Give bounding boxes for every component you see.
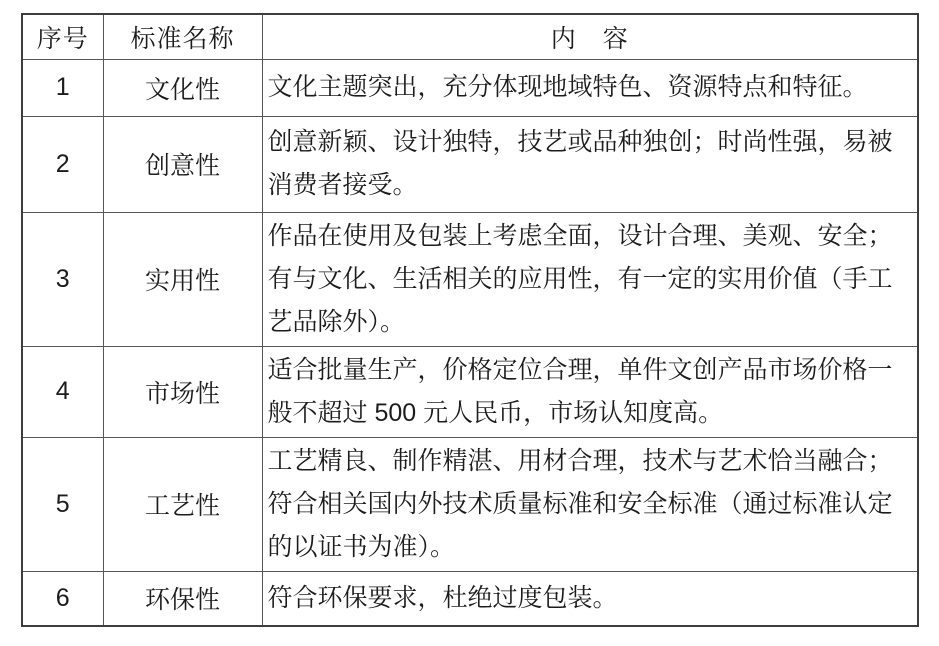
row-number-cell: 3 — [22, 212, 103, 346]
table-row: 1 文化性 文化主题突出，充分体现地域特色、资源特点和特征。 — [22, 59, 918, 116]
header-row: 序号 标准名称 内 容 — [22, 14, 918, 59]
column-header-criterion-name: 标准名称 — [103, 14, 262, 59]
table-row: 5 工艺性 工艺精良、制作精湛、用材合理，技术与艺术恰当融合；符合相关国内外技术… — [22, 437, 918, 571]
criteria-table: 序号 标准名称 内 容 1 文化性 文化主题突出，充分体现地域特色、资源特点和特… — [21, 13, 919, 627]
criterion-name-cell: 实用性 — [103, 212, 262, 346]
criterion-content-cell: 工艺精良、制作精湛、用材合理，技术与艺术恰当融合；符合相关国内外技术质量标准和安… — [262, 437, 918, 571]
criterion-name-cell: 创意性 — [103, 116, 262, 212]
column-header-number: 序号 — [22, 14, 103, 59]
document-page: 序号 标准名称 内 容 1 文化性 文化主题突出，充分体现地域特色、资源特点和特… — [0, 0, 939, 646]
criterion-name-cell: 工艺性 — [103, 437, 262, 571]
row-number-cell: 1 — [22, 59, 103, 116]
table-row: 4 市场性 适合批量生产，价格定位合理，单件文创产品市场价格一般不超过 500 … — [22, 346, 918, 437]
column-header-content: 内 容 — [262, 14, 918, 59]
table-row: 6 环保性 符合环保要求，杜绝过度包装。 — [22, 571, 918, 626]
criterion-name-cell: 市场性 — [103, 346, 262, 437]
table-row: 2 创意性 创意新颖、设计独特，技艺或品种独创；时尚性强，易被消费者接受。 — [22, 116, 918, 212]
criterion-name-cell: 文化性 — [103, 59, 262, 116]
row-number-cell: 2 — [22, 116, 103, 212]
table-row: 3 实用性 作品在使用及包装上考虑全面，设计合理、美观、安全；有与文化、生活相关… — [22, 212, 918, 346]
row-number-cell: 4 — [22, 346, 103, 437]
criterion-content-cell: 创意新颖、设计独特，技艺或品种独创；时尚性强，易被消费者接受。 — [262, 116, 918, 212]
criterion-name-cell: 环保性 — [103, 571, 262, 626]
row-number-cell: 6 — [22, 571, 103, 626]
criterion-content-cell: 适合批量生产，价格定位合理，单件文创产品市场价格一般不超过 500 元人民币，市… — [262, 346, 918, 437]
criterion-content-cell: 文化主题突出，充分体现地域特色、资源特点和特征。 — [262, 59, 918, 116]
criterion-content-cell: 作品在使用及包装上考虑全面，设计合理、美观、安全；有与文化、生活相关的应用性，有… — [262, 212, 918, 346]
row-number-cell: 5 — [22, 437, 103, 571]
criterion-content-cell: 符合环保要求，杜绝过度包装。 — [262, 571, 918, 626]
